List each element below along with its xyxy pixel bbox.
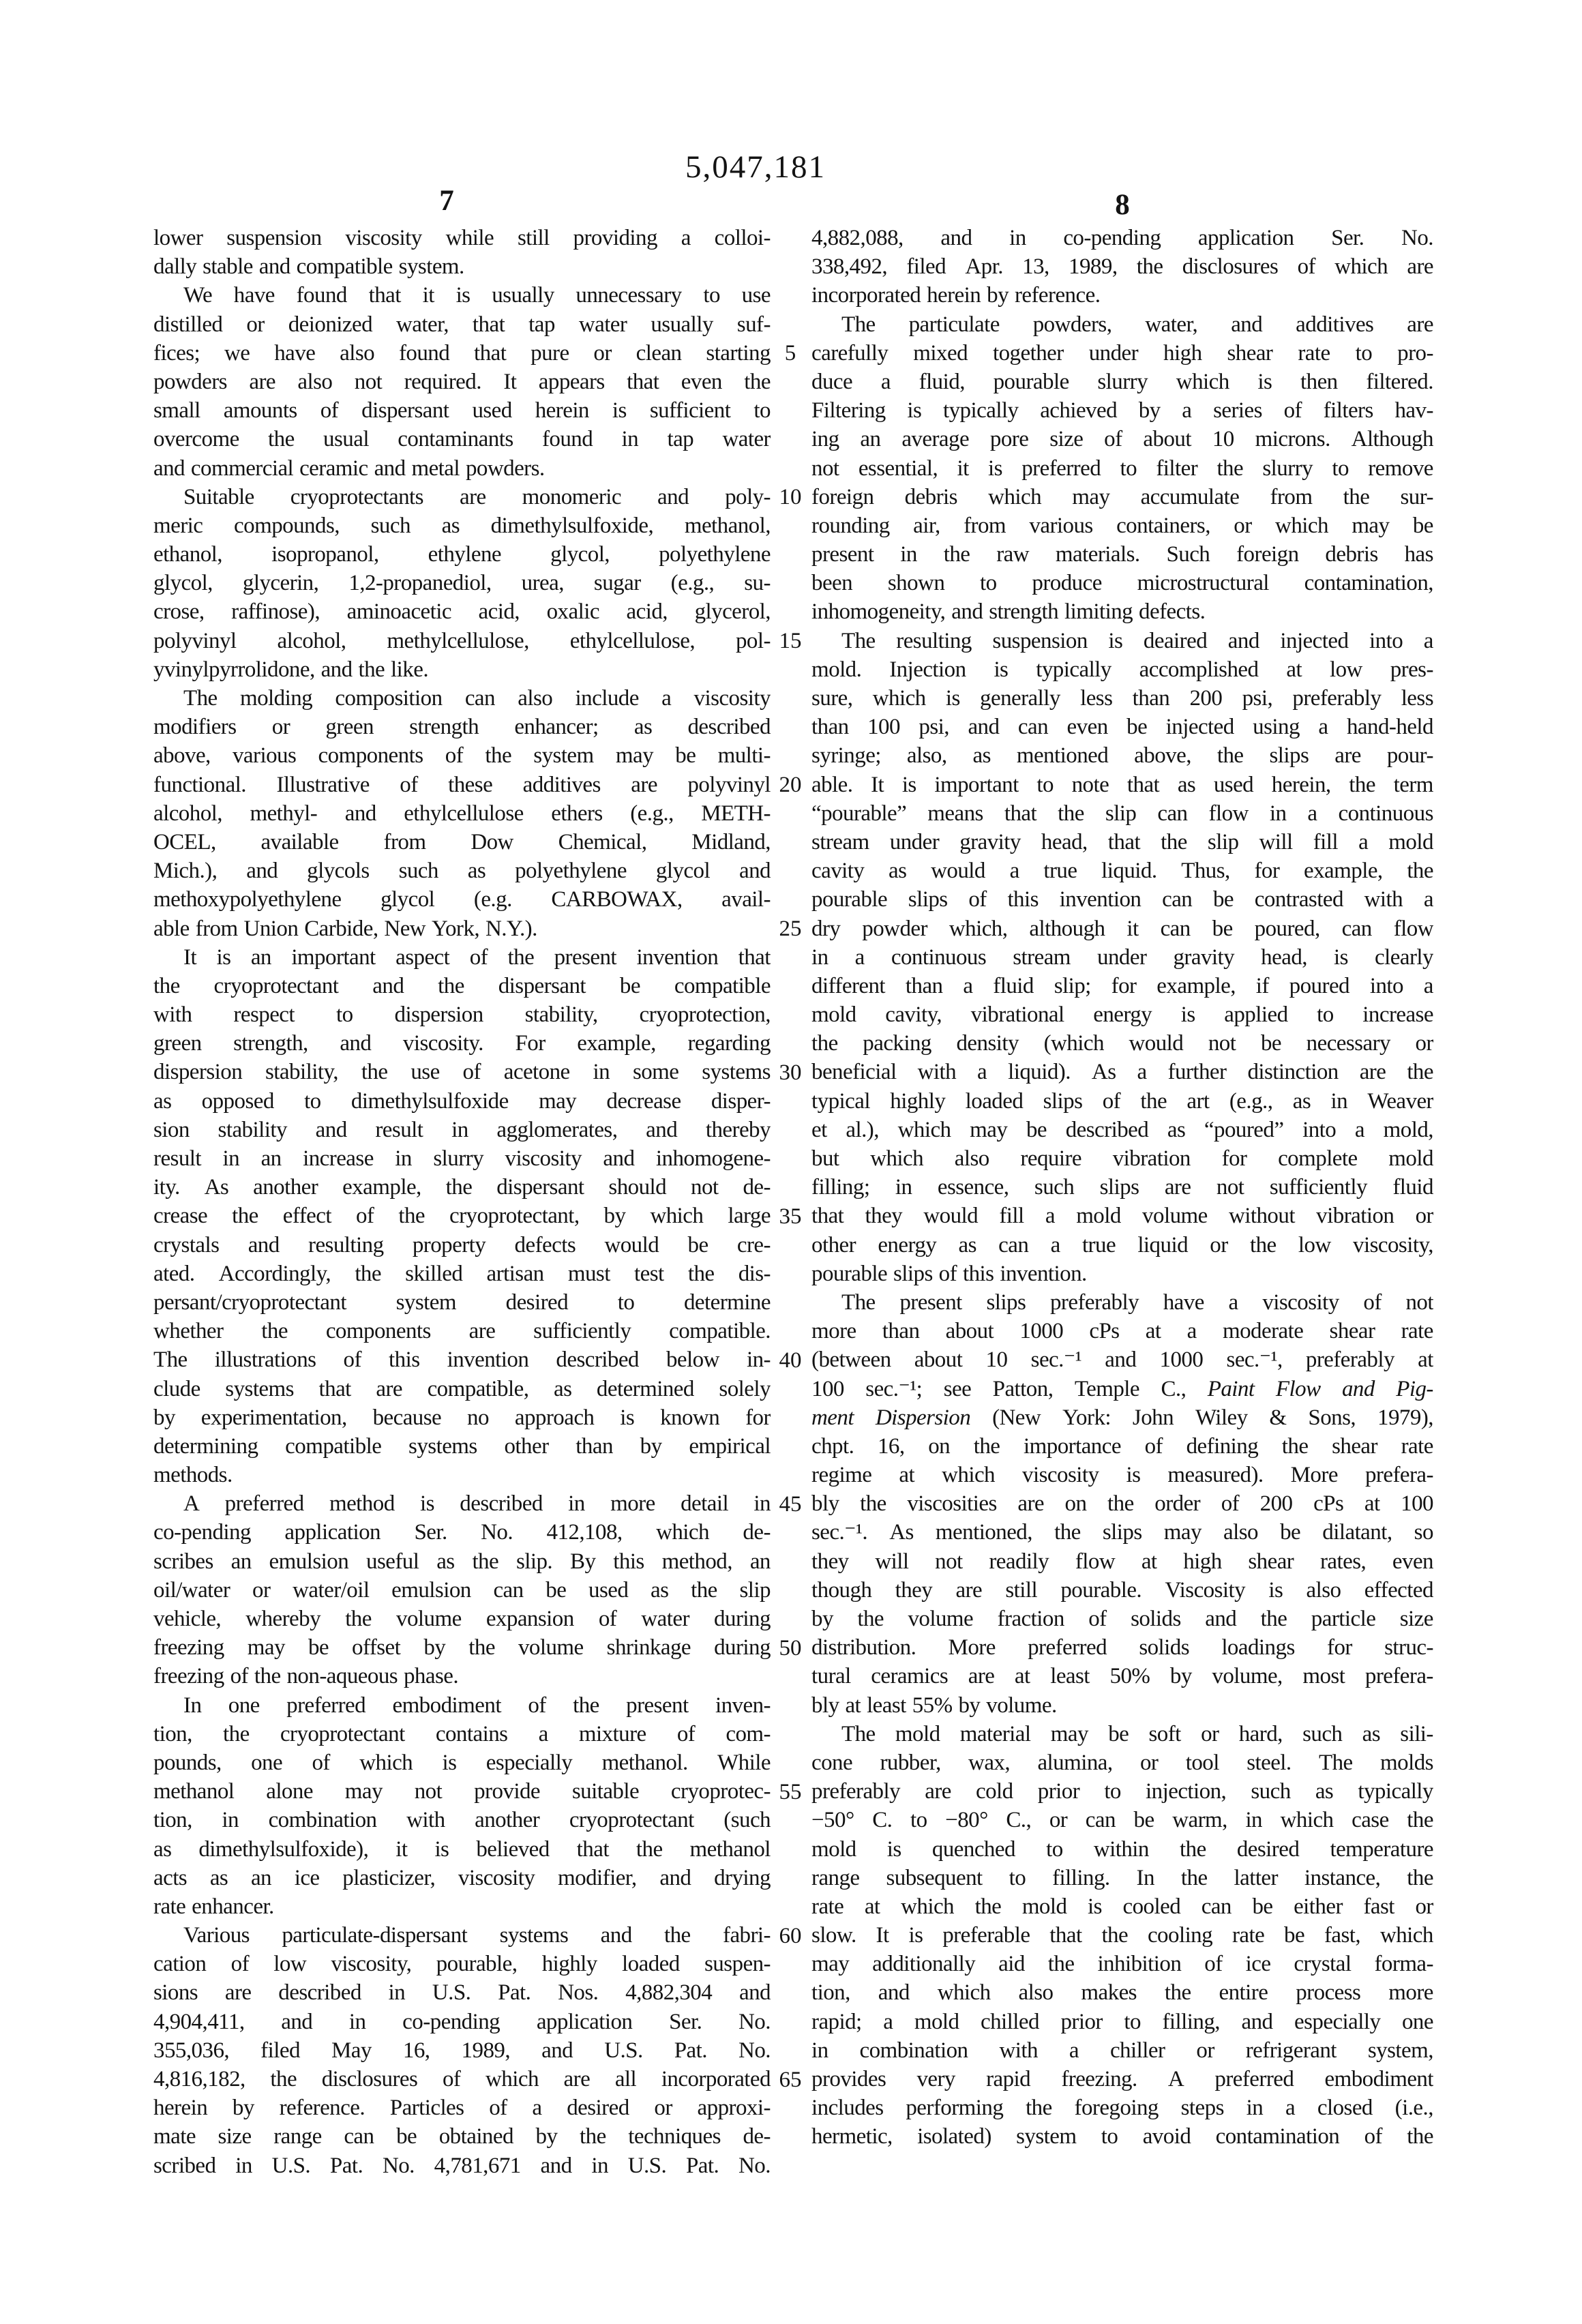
word: size bbox=[1400, 1605, 1433, 1633]
word: is bbox=[946, 684, 960, 713]
word: prior bbox=[1060, 2008, 1102, 2036]
word: clearly bbox=[1375, 943, 1433, 972]
word: liquid). bbox=[1008, 1058, 1071, 1086]
word: water bbox=[579, 310, 627, 339]
text-line: resultinanincreaseinslurryviscosityandin… bbox=[153, 1144, 771, 1173]
word: of bbox=[1103, 1087, 1120, 1116]
word: acid, bbox=[479, 597, 520, 626]
word: latter bbox=[1234, 1864, 1278, 1892]
word: slip. bbox=[516, 1547, 552, 1576]
word: methylcellulose, bbox=[387, 627, 528, 655]
word: and bbox=[603, 1144, 634, 1173]
word: subsequent bbox=[886, 1864, 982, 1892]
word: glycol, bbox=[550, 540, 610, 569]
word: increase bbox=[303, 1144, 374, 1173]
word: in bbox=[753, 1489, 771, 1518]
word: strength bbox=[989, 597, 1058, 626]
word: which bbox=[359, 1748, 413, 1777]
word: various bbox=[1029, 511, 1092, 540]
text-line: providesveryrapidfreezing.Apreferredembo… bbox=[811, 2065, 1433, 2094]
text-line: polyvinylalcohol,methylcellulose,ethylce… bbox=[153, 627, 771, 655]
word: or bbox=[1210, 1231, 1227, 1260]
word: another bbox=[475, 1806, 539, 1834]
word: (i.e., bbox=[1395, 2094, 1433, 2122]
word: water bbox=[722, 425, 771, 453]
word: the bbox=[1407, 856, 1433, 885]
word: Pat. bbox=[674, 2036, 707, 2065]
word: also bbox=[297, 368, 332, 396]
word: suspension bbox=[226, 224, 321, 252]
word: may bbox=[616, 741, 653, 770]
text-line: co-pendingapplicationSer.No.412,108,whic… bbox=[153, 1518, 771, 1547]
word: emulsion bbox=[391, 1576, 471, 1605]
word: New bbox=[384, 914, 426, 943]
text-line: tion,andwhichalsomakestheentireprocessmo… bbox=[811, 1978, 1433, 2007]
word: system bbox=[396, 1288, 456, 1317]
word: property bbox=[413, 1231, 486, 1260]
word: fast, bbox=[1324, 1921, 1360, 1950]
word: components bbox=[326, 1317, 431, 1345]
text-line: Variousparticulate-dispersantsystemsandt… bbox=[153, 1921, 771, 1950]
text-line: ated.Accordingly,theskilledartisanmustte… bbox=[153, 1260, 771, 1288]
word: U.S. bbox=[432, 1978, 471, 2007]
word: a bbox=[661, 684, 671, 713]
word: pourable, bbox=[436, 1950, 518, 1978]
word: rapid; bbox=[811, 2008, 862, 2036]
word: inhomogene- bbox=[656, 1144, 771, 1173]
word: slip bbox=[1105, 799, 1136, 828]
word: into bbox=[1302, 1116, 1336, 1144]
word: cone bbox=[811, 1748, 852, 1777]
text-line: rateatwhichthemoldiscooledcanbeeitherfas… bbox=[811, 1892, 1433, 1921]
word: experimentation, bbox=[201, 1403, 347, 1432]
word: at bbox=[1015, 1662, 1030, 1690]
word: No. bbox=[738, 2151, 771, 2180]
word: further bbox=[1168, 1058, 1227, 1086]
word: isolated) bbox=[917, 2122, 991, 2151]
word: dispersant bbox=[361, 396, 449, 425]
text-line: Inonepreferredembodimentofthepresentinve… bbox=[153, 1691, 771, 1720]
word: as bbox=[442, 511, 460, 540]
word: pourable bbox=[811, 1260, 887, 1288]
word: materials. bbox=[1056, 540, 1140, 569]
word: the bbox=[1407, 1058, 1433, 1086]
word: more bbox=[610, 1489, 655, 1518]
word: typical bbox=[811, 1087, 870, 1116]
word: which bbox=[1334, 252, 1388, 281]
word: sec.⁻¹. bbox=[811, 1518, 867, 1547]
word: Wiley bbox=[1195, 1403, 1248, 1432]
word: may bbox=[345, 1777, 383, 1806]
word: still bbox=[518, 224, 550, 252]
word: than bbox=[906, 972, 943, 1000]
word: at bbox=[1286, 655, 1302, 684]
word: Pig- bbox=[1396, 1375, 1433, 1403]
word: thereby bbox=[706, 1116, 771, 1144]
word: No. bbox=[383, 2151, 415, 2180]
word: the bbox=[1217, 454, 1243, 483]
text-line: cationoflowviscosity,pourable,highlyload… bbox=[153, 1950, 771, 1978]
word: various bbox=[233, 741, 296, 770]
word: Thus, bbox=[1181, 856, 1230, 885]
word: as bbox=[210, 1864, 228, 1892]
word: mold bbox=[1388, 828, 1433, 856]
word: the bbox=[438, 972, 464, 1000]
text-line: scribedinU.S.Pat.No.4,781,671andinU.S.Pa… bbox=[153, 2151, 771, 2180]
word: May bbox=[331, 2036, 372, 2065]
word: poured bbox=[1289, 972, 1349, 1000]
word: above, bbox=[153, 741, 211, 770]
word: green bbox=[325, 713, 374, 741]
word: which bbox=[1176, 368, 1229, 396]
word: (such bbox=[723, 1806, 771, 1834]
word: stream bbox=[811, 828, 869, 856]
word: the bbox=[232, 1202, 258, 1230]
word: at bbox=[1418, 1345, 1433, 1374]
word: by bbox=[153, 1403, 175, 1432]
word: example, bbox=[1156, 972, 1236, 1000]
word: makes bbox=[1081, 1978, 1137, 2007]
word: bly bbox=[811, 1691, 839, 1720]
word: York, bbox=[432, 914, 479, 943]
word: that bbox=[1127, 771, 1159, 799]
word: amounts bbox=[224, 396, 297, 425]
word: would bbox=[604, 1231, 659, 1260]
word: the bbox=[1107, 1489, 1134, 1518]
word: test bbox=[634, 1260, 664, 1288]
text-line: Mich.),andglycolssuchaspolyethyleneglyco… bbox=[153, 856, 771, 885]
word: a bbox=[1045, 1202, 1055, 1230]
word: cold bbox=[976, 1777, 1013, 1806]
word: the bbox=[223, 1720, 250, 1748]
word: the bbox=[345, 1605, 372, 1633]
word: with bbox=[999, 2036, 1037, 2065]
text-line: dallystableandcompatiblesystem. bbox=[153, 252, 771, 281]
word: and bbox=[372, 972, 404, 1000]
word: described bbox=[556, 1345, 639, 1374]
text-line: 100sec.⁻¹;seePatton,TempleC.,PaintFlowan… bbox=[811, 1375, 1433, 1403]
word: the bbox=[860, 1489, 886, 1518]
word: 1989, bbox=[1069, 252, 1118, 281]
word: foreign bbox=[1236, 540, 1298, 569]
word: defining bbox=[1186, 1432, 1259, 1461]
word: com- bbox=[726, 1720, 771, 1748]
word: can bbox=[998, 1231, 1028, 1260]
word: with bbox=[153, 1000, 192, 1029]
word: is bbox=[442, 1748, 456, 1777]
word: such bbox=[1034, 1173, 1074, 1202]
word: Ser. bbox=[414, 1518, 447, 1547]
word: are bbox=[249, 368, 275, 396]
word: microns. bbox=[1255, 425, 1330, 453]
word: also bbox=[1307, 1576, 1341, 1605]
word: for bbox=[1111, 972, 1137, 1000]
text-line: streamundergravityhead,thattheslipwillfi… bbox=[811, 828, 1433, 856]
word: be bbox=[1213, 885, 1234, 914]
word: respect bbox=[233, 1000, 295, 1029]
word: as bbox=[958, 1231, 976, 1260]
word: is bbox=[1334, 943, 1348, 972]
word: in bbox=[1245, 1806, 1262, 1834]
word: 4,781,671 bbox=[434, 2151, 521, 2180]
word: particulate-dispersant bbox=[282, 1921, 467, 1950]
word: aspect bbox=[395, 943, 449, 972]
word: techniques bbox=[628, 2122, 721, 2151]
word: described bbox=[460, 1489, 543, 1518]
word: preferred bbox=[286, 1691, 365, 1720]
word: foregoing bbox=[1075, 2094, 1159, 2122]
word: this bbox=[1007, 885, 1038, 914]
word: debris bbox=[905, 483, 957, 511]
word: and bbox=[968, 713, 999, 741]
word: poly- bbox=[725, 483, 771, 511]
word: slips bbox=[1269, 741, 1309, 770]
word: tural bbox=[811, 1662, 851, 1690]
word: non-aqueous bbox=[286, 1662, 398, 1690]
word: slurry bbox=[1097, 368, 1148, 396]
word: as bbox=[1293, 1087, 1311, 1116]
word: opposed bbox=[202, 1087, 274, 1116]
word: be bbox=[308, 1633, 329, 1662]
word: or bbox=[1416, 1202, 1433, 1230]
left-column: lowersuspensionviscositywhilestillprovid… bbox=[153, 224, 771, 2180]
word: of bbox=[1104, 425, 1122, 453]
word: even bbox=[1392, 1547, 1433, 1576]
word: in bbox=[451, 1116, 468, 1144]
word: slip bbox=[739, 1576, 770, 1605]
word: cryoprotectant bbox=[214, 972, 339, 1000]
text-line: rateenhancer. bbox=[153, 1892, 771, 1921]
word: stability, bbox=[265, 1058, 338, 1086]
word: urea, bbox=[522, 569, 564, 597]
word: sion bbox=[153, 1116, 190, 1144]
word: can bbox=[1202, 1892, 1232, 1921]
word: Viscosity bbox=[1165, 1576, 1245, 1605]
word: method bbox=[329, 1489, 395, 1518]
word: commercial bbox=[191, 454, 293, 483]
word: case bbox=[1352, 1806, 1389, 1834]
text-line: Apreferredmethodisdescribedinmoredetaili… bbox=[153, 1489, 771, 1518]
text-line: crose,raffinose),aminoaceticacid,oxalica… bbox=[153, 597, 771, 626]
text-line: asdimethylsulfoxide),itisbelievedthatthe… bbox=[153, 1835, 771, 1864]
word: 10 bbox=[986, 1345, 1008, 1374]
word: by bbox=[811, 1605, 833, 1633]
word: deionized bbox=[288, 310, 372, 339]
word: cooling bbox=[1148, 1921, 1212, 1950]
word: pounds, bbox=[153, 1748, 222, 1777]
word: (between bbox=[811, 1345, 891, 1374]
word: cryoprotection, bbox=[640, 1000, 771, 1029]
text-line: lowersuspensionviscositywhilestillprovid… bbox=[153, 224, 771, 252]
word: water, bbox=[396, 310, 449, 339]
word: glycol bbox=[656, 856, 710, 885]
word: the bbox=[1026, 2094, 1052, 2122]
word: by bbox=[1170, 1662, 1192, 1690]
word: effect bbox=[283, 1202, 331, 1230]
word: clude bbox=[153, 1375, 200, 1403]
word: systems bbox=[500, 1921, 569, 1950]
word: additives bbox=[523, 771, 601, 799]
word: Various bbox=[183, 1921, 250, 1950]
word: low bbox=[1330, 655, 1362, 684]
word: to bbox=[703, 281, 720, 310]
word: series bbox=[1213, 396, 1262, 425]
text-line: pourableslipsofthisinvention. bbox=[811, 1260, 1433, 1288]
word: the bbox=[268, 425, 295, 453]
word: No. bbox=[738, 2036, 771, 2065]
word: the bbox=[485, 741, 511, 770]
word: 1979), bbox=[1377, 1403, 1433, 1432]
word: distilled bbox=[153, 310, 222, 339]
word: a bbox=[883, 2008, 893, 2036]
word: are bbox=[1165, 1173, 1191, 1202]
word: 1989, bbox=[462, 2036, 511, 2065]
text-line: sionstabilityandresultinagglomerates,and… bbox=[153, 1116, 771, 1144]
word: not bbox=[811, 454, 839, 483]
word: range bbox=[811, 1864, 860, 1892]
word: a bbox=[1051, 1231, 1060, 1260]
word: meric bbox=[153, 511, 203, 540]
word: and bbox=[659, 1864, 691, 1892]
word: believed bbox=[476, 1835, 549, 1864]
word: of bbox=[470, 943, 488, 972]
word: from bbox=[964, 511, 1006, 540]
word: such bbox=[1302, 1720, 1342, 1748]
text-line: notessential,itispreferredtofiltertheslu… bbox=[811, 454, 1433, 483]
word: of bbox=[312, 1748, 329, 1777]
word: usually bbox=[651, 310, 713, 339]
word: disper- bbox=[711, 1087, 771, 1116]
text-line: OCEL,availablefromDowChemical,Midland, bbox=[153, 828, 771, 856]
text-line: methanolalonemaynotprovidesuitablecryopr… bbox=[153, 1777, 771, 1806]
word: rate bbox=[1401, 1432, 1433, 1461]
word: rubber, bbox=[880, 1748, 940, 1777]
word: which bbox=[873, 684, 926, 713]
word: syringe; bbox=[811, 741, 881, 770]
word: fill bbox=[999, 1202, 1024, 1230]
word: than bbox=[882, 1317, 920, 1345]
word: prior bbox=[1038, 1777, 1079, 1806]
word: which bbox=[656, 1518, 709, 1547]
line-number: 60 bbox=[771, 1922, 810, 1950]
word: found bbox=[297, 281, 347, 310]
word: at bbox=[865, 1892, 880, 1921]
word: a bbox=[1137, 1058, 1146, 1086]
word: co-pending bbox=[1063, 224, 1161, 252]
word: and bbox=[281, 2008, 312, 2036]
text-line: 4,882,088,andinco-pendingapplicationSer.… bbox=[811, 224, 1433, 252]
word: In bbox=[183, 1691, 201, 1720]
word: the bbox=[811, 1029, 838, 1058]
word: and bbox=[1242, 2008, 1273, 2036]
word: loaded bbox=[622, 1950, 680, 1978]
word: the bbox=[1058, 799, 1084, 828]
word: CARBOWAX, bbox=[551, 885, 682, 914]
word: of bbox=[231, 1950, 249, 1978]
word: embodiment bbox=[1325, 2065, 1433, 2094]
word: acid, bbox=[627, 597, 668, 626]
word: of bbox=[443, 2065, 460, 2094]
word: is bbox=[456, 281, 471, 310]
word: can bbox=[1157, 799, 1187, 828]
word: present bbox=[626, 1691, 688, 1720]
word: desired bbox=[506, 1288, 568, 1317]
word: above, bbox=[1134, 741, 1191, 770]
word: reference. bbox=[280, 2094, 365, 2122]
text-line: inganaverageporesizeofabout10microns.Alt… bbox=[811, 425, 1433, 453]
word: they bbox=[895, 1576, 933, 1605]
word: is bbox=[434, 1835, 449, 1864]
text-line: actsasaniceplasticizer,viscositymodifier… bbox=[153, 1864, 771, 1892]
text-line: thoughtheyarestillpourable.Viscosityisal… bbox=[811, 1576, 1433, 1605]
word: psi, bbox=[919, 713, 949, 741]
word: pres- bbox=[1390, 655, 1433, 684]
word: which bbox=[486, 2065, 539, 2094]
word: glycols bbox=[307, 856, 369, 885]
word: can bbox=[493, 1576, 523, 1605]
text-line: otherenergyascanatrueliquidorthelowvisco… bbox=[811, 1231, 1433, 1260]
word: additionally bbox=[872, 1950, 975, 1978]
word: Although bbox=[1352, 425, 1433, 453]
word: water, bbox=[1145, 310, 1197, 339]
word: inhomogeneity, bbox=[811, 597, 945, 626]
word: are bbox=[1407, 252, 1433, 281]
word: cryoprotectant bbox=[569, 1806, 694, 1834]
word: polyvinyl bbox=[153, 627, 237, 655]
word: alone bbox=[266, 1777, 313, 1806]
word: Ser. bbox=[669, 2008, 702, 2036]
word: powders bbox=[153, 368, 227, 396]
word: contrasted bbox=[1255, 885, 1343, 914]
word: modifiers bbox=[153, 713, 237, 741]
word: by bbox=[233, 2094, 254, 2122]
word: overcome bbox=[153, 425, 239, 453]
word: psi, bbox=[1242, 684, 1273, 713]
word: solely bbox=[719, 1375, 771, 1403]
word: are bbox=[631, 771, 657, 799]
word: volume bbox=[518, 1633, 584, 1662]
text-line: oil/waterorwater/oilemulsioncanbeusedast… bbox=[153, 1576, 771, 1605]
word: pore bbox=[990, 425, 1028, 453]
word: viscosity bbox=[694, 684, 771, 713]
word: by bbox=[958, 1691, 980, 1720]
word: sili- bbox=[1400, 1720, 1433, 1748]
word: of bbox=[1298, 252, 1315, 281]
word: oxalic bbox=[547, 597, 599, 626]
word: during bbox=[714, 1605, 771, 1633]
word: are bbox=[460, 483, 486, 511]
word: as bbox=[651, 1576, 668, 1605]
word: polyethylene bbox=[659, 540, 771, 569]
word: all bbox=[615, 2065, 636, 2094]
word: of bbox=[528, 1691, 546, 1720]
word: avail- bbox=[721, 885, 771, 914]
word: Apr. bbox=[965, 252, 1003, 281]
word: the bbox=[1181, 1864, 1208, 1892]
word: the bbox=[261, 1317, 288, 1345]
word: soft bbox=[1149, 1720, 1181, 1748]
word: in bbox=[1247, 2094, 1264, 2122]
word: process bbox=[1296, 1978, 1360, 2007]
word: foreign bbox=[811, 483, 874, 511]
word: system. bbox=[399, 252, 464, 281]
word: It bbox=[503, 368, 516, 396]
word: and bbox=[153, 454, 185, 483]
word: result bbox=[375, 1116, 423, 1144]
word: viscosity. bbox=[403, 1029, 483, 1058]
word: preferably bbox=[1050, 1288, 1139, 1317]
patent-page: 5,047,181 7 8 lowersuspensionviscositywh… bbox=[0, 0, 1582, 2324]
